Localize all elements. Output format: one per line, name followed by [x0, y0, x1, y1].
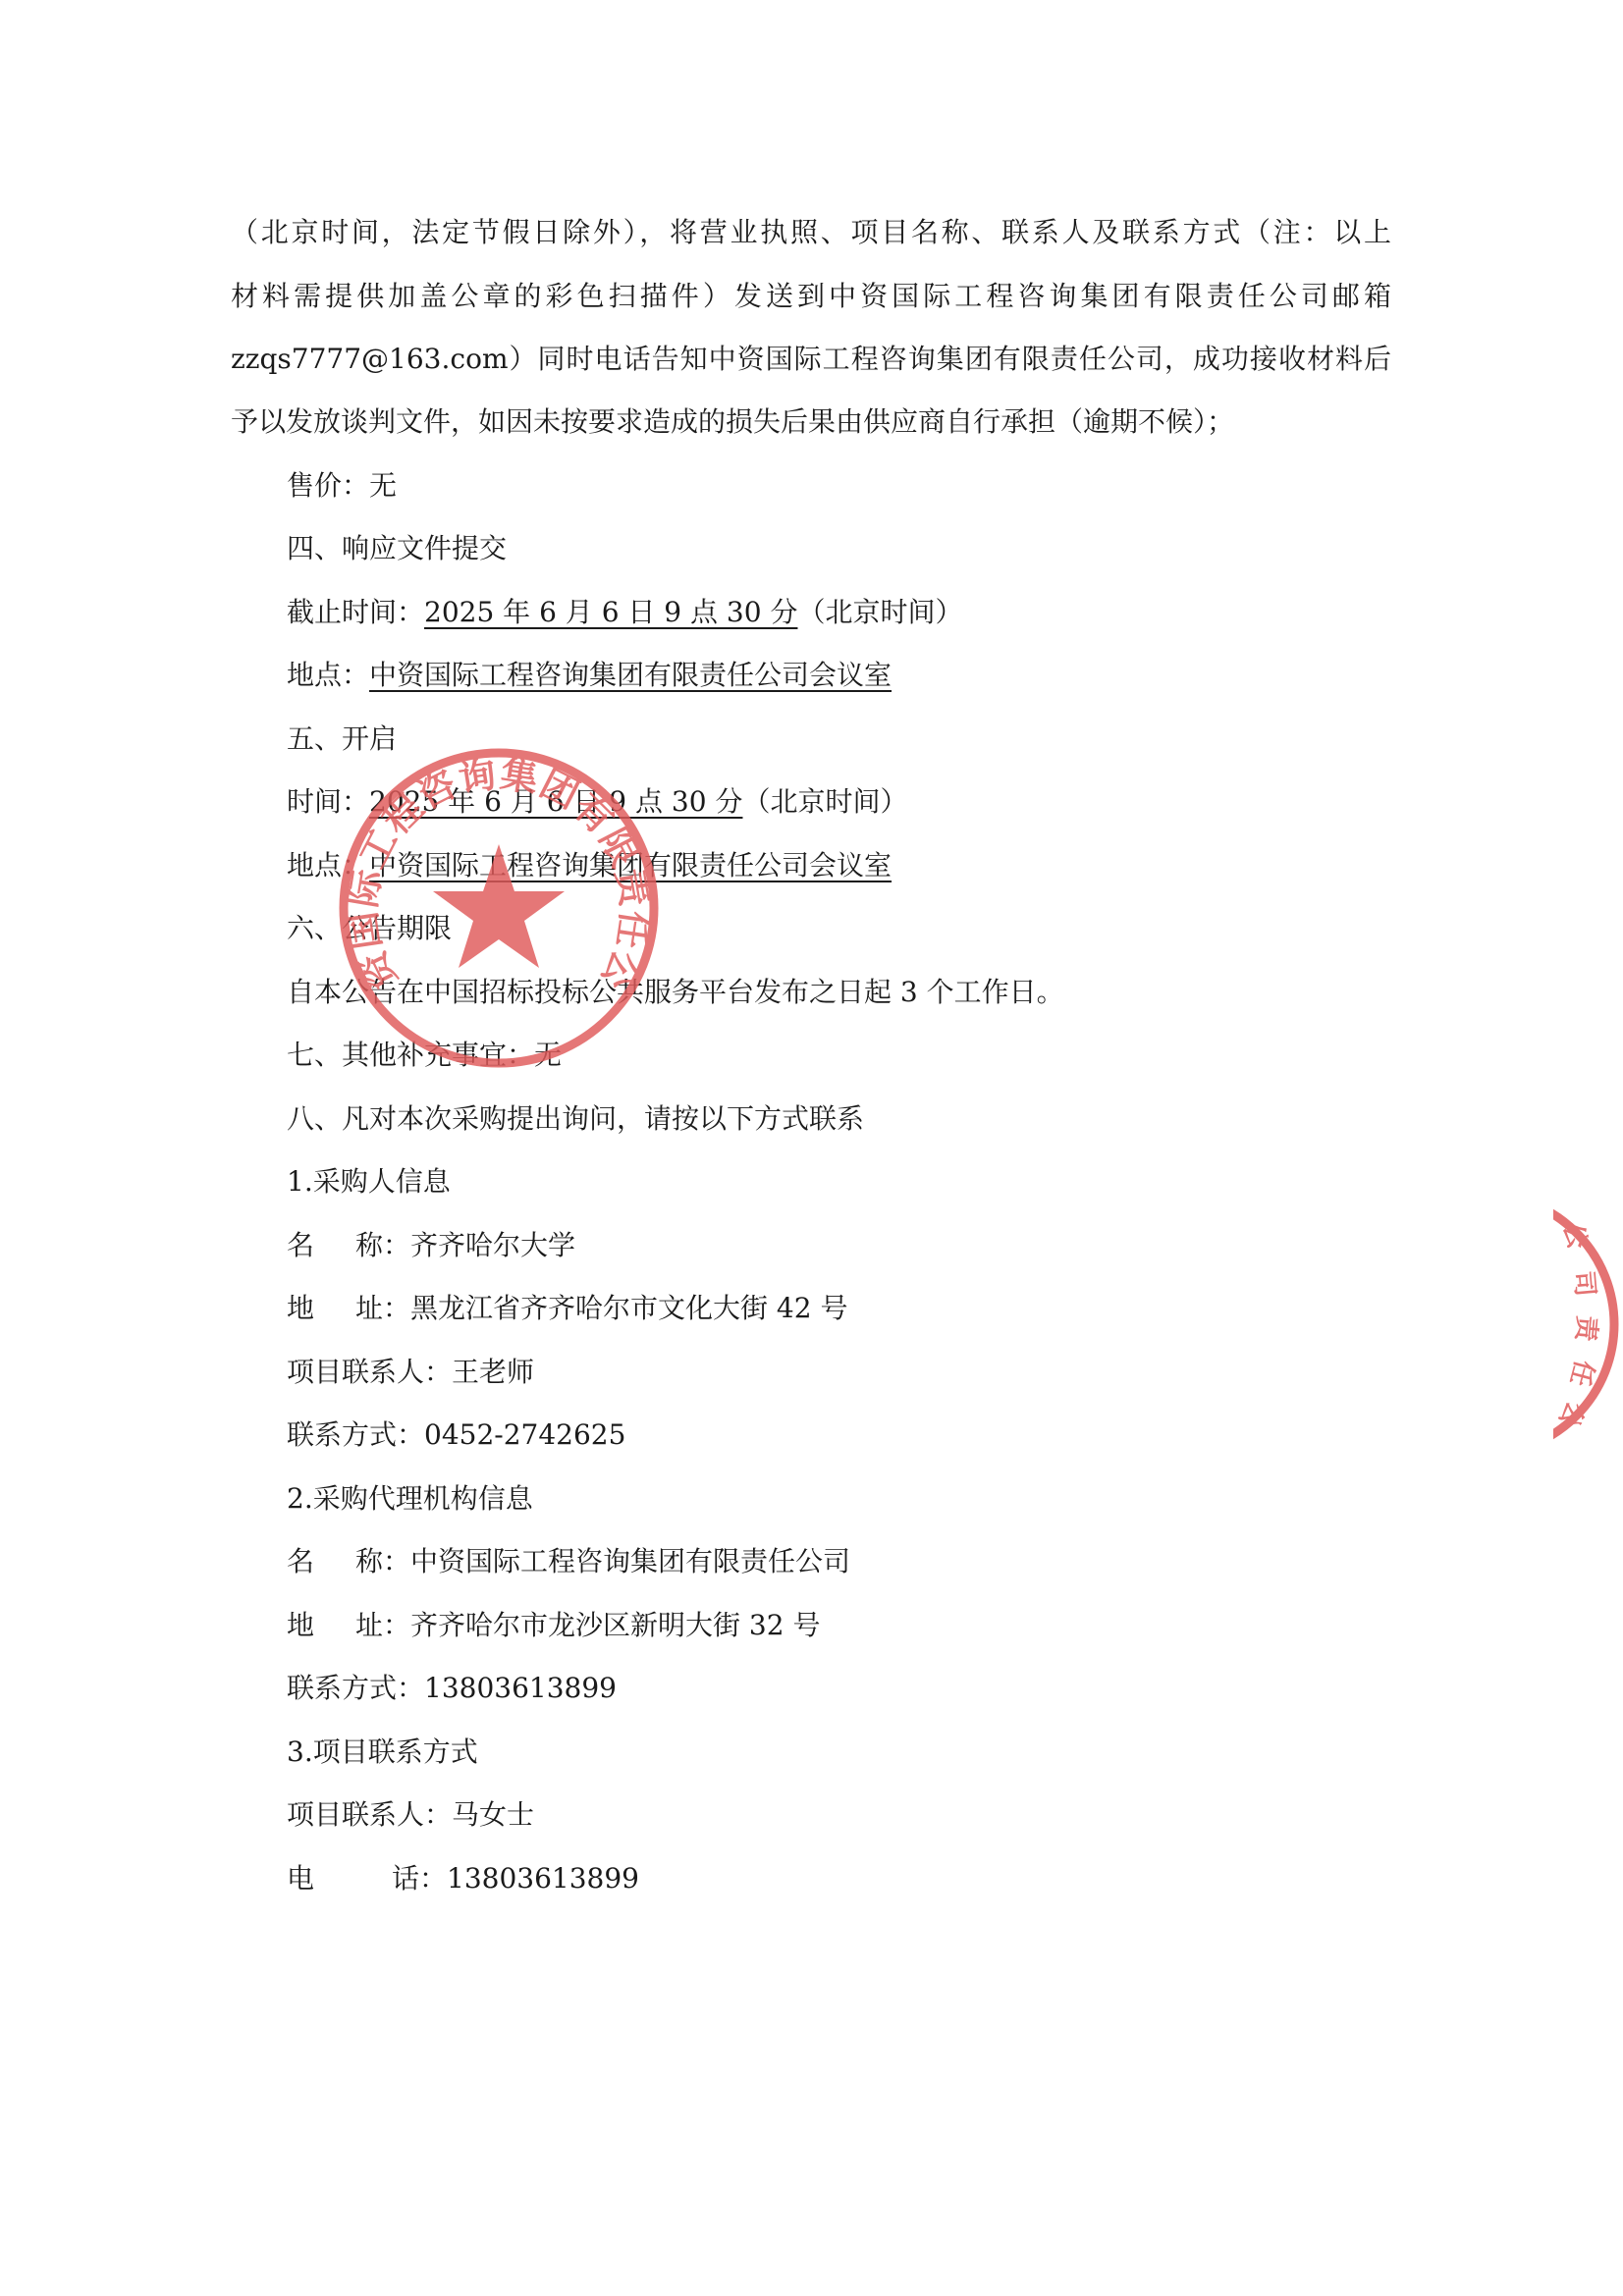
section4-deadline: 截止时间：2025 年 6 月 6 日 9 点 30 分（北京时间）	[287, 593, 962, 632]
purchaser-address-label-b: 址：	[355, 1289, 410, 1328]
agency-name-label-a: 名	[287, 1542, 314, 1581]
deadline-value: 2025 年 6 月 6 日 9 点 30 分	[424, 596, 797, 628]
project-phone-label-b: 话：	[392, 1859, 447, 1898]
purchaser-title: 1.采购人信息	[287, 1162, 451, 1201]
edge-seal-icon: 公 司 责 任 公	[1553, 1190, 1622, 1460]
price-row: 售价：无	[287, 466, 397, 506]
purchaser-phone-label: 联系方式：	[287, 1418, 424, 1451]
purchaser-name-row: 名称：齐齐哈尔大学	[287, 1226, 575, 1265]
project-phone-label-a: 电	[287, 1859, 314, 1898]
section6-heading: 六、公告期限	[287, 909, 452, 948]
section4-heading: 四、响应文件提交	[287, 529, 507, 568]
agency-address: 齐齐哈尔市龙沙区新明大街 32 号	[410, 1609, 820, 1641]
agency-phone-label: 联系方式：	[287, 1672, 424, 1704]
svg-text:责: 责	[1570, 1314, 1601, 1345]
svg-text:公: 公	[1557, 1220, 1593, 1253]
agency-address-row: 地址：齐齐哈尔市龙沙区新明大街 32 号	[287, 1606, 820, 1645]
opening-location-label: 地点：	[287, 849, 369, 881]
section4-location: 地点：中资国际工程咨询集团有限责任公司会议室	[287, 656, 892, 695]
section5-location: 地点：中资国际工程咨询集团有限责任公司会议室	[287, 846, 892, 885]
intro-line-3: zzqs7777@163.com）同时电话告知中资国际工程咨询集团有限责任公司，…	[231, 340, 1391, 379]
agency-address-label-b: 址：	[355, 1606, 410, 1645]
section5-time: 时间：2025 年 6 月 6 日 9 点 30 分（北京时间）	[287, 782, 907, 822]
purchaser-contact: 王老师	[452, 1356, 534, 1388]
section5-heading: 五、开启	[287, 720, 397, 759]
project-contact-row: 项目联系人：马女士	[287, 1795, 534, 1835]
opening-location-value: 中资国际工程咨询集团有限责任公司会议室	[369, 849, 892, 881]
agency-address-label-a: 地	[287, 1606, 314, 1645]
section7-heading: 七、其他补充事宜：无	[287, 1036, 562, 1075]
svg-text:任: 任	[1564, 1357, 1599, 1389]
location-label: 地点：	[287, 659, 369, 691]
purchaser-contact-row: 项目联系人：王老师	[287, 1353, 534, 1392]
agency-phone: 13803613899	[424, 1672, 617, 1704]
purchaser-name-label-a: 名	[287, 1226, 314, 1265]
edge-seal: 公 司 责 任 公	[1553, 1190, 1623, 1460]
project-contact-title: 3.项目联系方式	[287, 1733, 478, 1772]
project-phone: 13803613899	[447, 1862, 639, 1895]
intro-line-4: 予以发放谈判文件，如因未按要求造成的损失后果由供应商自行承担（逾期不候）；	[231, 402, 1391, 442]
svg-text:公: 公	[1553, 1397, 1591, 1433]
purchaser-name-label-b: 称：	[355, 1226, 410, 1265]
purchaser-address: 黑龙江省齐齐哈尔市文化大街 42 号	[410, 1292, 847, 1324]
deadline-label: 截止时间：	[287, 596, 424, 628]
agency-name-label-b: 称：	[355, 1542, 410, 1581]
project-contact-label: 项目联系人：	[287, 1798, 452, 1831]
purchaser-name: 齐齐哈尔大学	[410, 1229, 575, 1261]
deadline-suffix: （北京时间）	[797, 596, 962, 628]
intro-line-2: 材料需提供加盖公章的彩色扫描件）发送到中资国际工程咨询集团有限责任公司邮箱	[231, 277, 1391, 316]
svg-text:司: 司	[1568, 1269, 1599, 1298]
project-contact: 马女士	[452, 1798, 534, 1831]
opening-time-suffix: （北京时间）	[742, 785, 907, 818]
price-value: 无	[369, 469, 397, 502]
purchaser-address-label-a: 地	[287, 1289, 314, 1328]
project-phone-row: 电话：13803613899	[287, 1859, 639, 1898]
opening-time-label: 时间：	[287, 785, 369, 818]
purchaser-phone: 0452-2742625	[424, 1418, 625, 1451]
purchaser-contact-label: 项目联系人：	[287, 1356, 452, 1388]
agency-name-row: 名称：中资国际工程咨询集团有限责任公司	[287, 1542, 850, 1581]
agency-name: 中资国际工程咨询集团有限责任公司	[410, 1545, 850, 1577]
intro-line-1: （北京时间，法定节假日除外），将营业执照、项目名称、联系人及联系方式（注：以上	[231, 213, 1391, 252]
section8-heading: 八、凡对本次采购提出询问，请按以下方式联系	[287, 1099, 864, 1139]
agency-title: 2.采购代理机构信息	[287, 1479, 533, 1519]
location-value: 中资国际工程咨询集团有限责任公司会议室	[369, 659, 892, 691]
section6-body: 自本公告在中国招标投标公共服务平台发布之日起 3 个工作日。	[287, 973, 1064, 1012]
purchaser-address-row: 地址：黑龙江省齐齐哈尔市文化大街 42 号	[287, 1289, 847, 1328]
purchaser-phone-row: 联系方式：0452-2742625	[287, 1415, 625, 1455]
opening-time-value: 2025 年 6 月 6 日 9 点 30 分	[369, 785, 742, 818]
document-page: （北京时间，法定节假日除外），将营业执照、项目名称、联系人及联系方式（注：以上 …	[0, 0, 1623, 2296]
price-label: 售价：	[287, 469, 369, 502]
agency-phone-row: 联系方式：13803613899	[287, 1669, 617, 1708]
